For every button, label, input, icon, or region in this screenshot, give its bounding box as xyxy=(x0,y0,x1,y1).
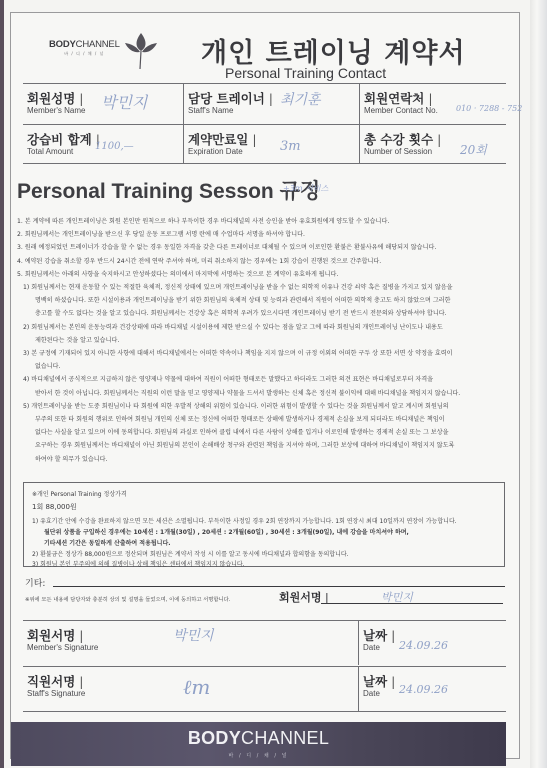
rule-subitem-continued: 명백히 하셨습니다. 또한 시설이용과 개인트레이닝을 받기 위한 회원님의 육… xyxy=(17,294,507,307)
rule-item: 3. 원래 예정되었던 트레이너가 강습을 할 수 없는 경우 동일한 자격을 … xyxy=(17,241,507,254)
rule-item: 1. 본 계약에 따른 개인트레이닝은 회원 본인만 원칙으로 하나 부득이한 … xyxy=(17,215,507,228)
staff-name-label-en: Staff's Name xyxy=(188,106,233,115)
sessions-value: 20회 xyxy=(460,141,487,158)
rule-item: 4. 예약된 강습을 취소할 경우 반드시 24시간 전에 연락 주셔야 하며,… xyxy=(17,255,507,268)
rule-subitem-continued: 부주의 또한 타 회원의 행위로 인하여 회원님 개인의 신체 또는 정신에 어… xyxy=(17,413,507,426)
rules-title-en: Personal Training Sesson xyxy=(17,180,280,203)
member-date-label: 날짜 xyxy=(363,626,395,644)
footer-logo-bold: BODY xyxy=(188,728,241,748)
contact-label-en: Member Contact No. xyxy=(364,106,438,115)
staff-signature-value: ℓm xyxy=(183,675,210,700)
info-row-2: 강습비 합계 Total Amount 1100,— 계약만료일 Expirat… xyxy=(23,124,506,164)
logo-text: BODYCHANNEL xyxy=(49,39,120,50)
total-amount-label-en: Total Amount xyxy=(27,147,73,156)
rule-subitem: 3) 본 규정에 기재되어 있지 아니한 사항에 대해서 바디채널에서는 어떠한… xyxy=(17,347,507,360)
rule-subitem-continued: 제한된다는 것을 알고 있습니다. xyxy=(17,334,507,347)
total-amount-value: 1100,— xyxy=(95,141,134,152)
price-note: 기타세션 기간은 동일하게 산출하여 적용됩니다. xyxy=(44,538,171,547)
staff-date-label: 날짜 xyxy=(363,672,395,690)
member-date-cell[interactable]: 날짜 Date 24.09.26 xyxy=(359,621,506,665)
brand-logo: BODYCHANNEL 바 / 디 / 채 / 널 xyxy=(49,39,120,57)
rules-list: 1. 본 계약에 따른 개인트레이닝은 회원 본인만 원칙으로 하나 부득이한 … xyxy=(17,215,507,466)
total-amount-label: 강습비 합계 xyxy=(27,130,100,148)
price-note: 3) 회원님 본인 부주의에 의해 질병이나 상해 책임은 센터에서 책임지지 … xyxy=(32,559,245,568)
rule-subitem-continued: 없습니다. xyxy=(17,360,507,373)
contact-value: 010 · 7288 - 752 xyxy=(456,104,522,113)
staff-signature-label: 직원서명 xyxy=(27,672,84,690)
member-date-value: 24.09.26 xyxy=(399,639,448,652)
rule-subitem: 5) 개인트레이닝을 받는 도중 회원님이나 타 회원에 의한 우발적 상해의 … xyxy=(17,400,507,413)
contact-label: 회원연락처 xyxy=(364,89,433,107)
member-signature-cell[interactable]: 회원서명 Member's Signature 박민지 xyxy=(23,621,359,665)
staff-signature-row: 직원서명 Staff's Signature ℓm 날짜 Date 24.09.… xyxy=(23,666,506,712)
footer-logo: BODYCHANNEL xyxy=(11,728,506,749)
staff-signature-label-en: Staff's Signature xyxy=(27,689,85,698)
logo-sub: 바 / 디 / 채 / 널 xyxy=(49,51,120,57)
expiration-label-en: Expiration Date xyxy=(188,147,243,156)
etc-input-line[interactable] xyxy=(53,586,505,587)
rule-subitem: 2) 회원님께서는 본인의 운동능력과 건강상태에 따라 바디채널 시설이용에 … xyxy=(17,321,507,334)
handwritten-note: +3m 서비스 xyxy=(283,183,328,194)
member-signature-label: 회원서명 xyxy=(27,626,84,644)
logo-light: CHANNEL xyxy=(76,39,120,50)
price-per-session: 1회 88,000원 xyxy=(32,502,77,512)
agreement-sign-value: 박민지 xyxy=(381,589,413,605)
staff-name-cell[interactable]: 담당 트레이너 Staff's Name 최기훈 xyxy=(183,84,360,124)
sessions-cell[interactable]: 총 수강 횟수 Number of Session 20회 xyxy=(359,125,507,163)
leaf-logo-icon xyxy=(123,31,159,71)
contact-cell[interactable]: 회원연락처 Member Contact No. 010 · 7288 - 75… xyxy=(359,84,507,124)
member-name-value: 박민지 xyxy=(101,90,147,113)
price-note: 2) 환불금은 정상가 88,000원으로 정산되며 회원님은 계약서 작성 시… xyxy=(32,549,349,558)
price-note: 1) 유효기간 안에 수강을 완료하지 않으면 모든 세션은 소멸됩니다. 부득… xyxy=(32,516,457,525)
rule-subitem-continued: 받아서 한 것이 아닙니다. 회원님께서는 직원의 이런 말을 믿고 영양제나 … xyxy=(17,387,507,400)
logo-bold: BODY xyxy=(49,39,76,50)
member-signature-row: 회원서명 Member's Signature 박민지 날짜 Date 24.0… xyxy=(23,620,506,665)
member-date-label-en: Date xyxy=(363,643,380,652)
rule-subitem-continued: 충고를 할 수도 없다는 것을 알고 있습니다. 회원님께서는 건강상 혹은 의… xyxy=(17,307,507,320)
staff-name-value: 최기훈 xyxy=(280,89,321,109)
paper-edge xyxy=(530,0,547,768)
footer-logo-sub: 바 / 디 / 채 / 널 xyxy=(11,752,506,759)
expiration-label: 계약만료일 xyxy=(188,130,257,148)
agreement-text: ※위에 모든 내용에 담당자와 충분히 상의 및 설명을 들었으며, 이에 동의… xyxy=(25,595,230,603)
expiration-cell[interactable]: 계약만료일 Expiration Date 3m xyxy=(183,125,360,163)
staff-signature-cell[interactable]: 직원서명 Staff's Signature ℓm xyxy=(23,667,359,711)
member-signature-value: 박민지 xyxy=(173,625,214,645)
total-amount-cell[interactable]: 강습비 합계 Total Amount 1100,— xyxy=(23,125,183,163)
sessions-label: 총 수강 횟수 xyxy=(364,130,441,148)
footer-banner: BODYCHANNEL 바 / 디 / 채 / 널 xyxy=(11,722,506,766)
info-row-1: 회원성명 Member's Name 박민지 담당 트레이너 Staff's N… xyxy=(23,83,506,124)
rule-subitem-continued: 없다는 사실을 알고 있으며 이에 동의합니다. 회원님의 과실로 인하여 클럽… xyxy=(17,426,507,439)
price-note: 월단위 상품을 구입하신 경우에는 10세션 : 1개월(30일) , 20세션… xyxy=(44,527,409,536)
staff-date-cell[interactable]: 날짜 Date 24.09.26 xyxy=(359,667,506,711)
rule-item: 2. 회원님께서는 개인트레이닝을 받으신 후 당일 운동 프로그램 서명 란에… xyxy=(17,228,507,241)
footer-logo-light: CHANNEL xyxy=(241,728,329,748)
expiration-value: 3m xyxy=(280,139,301,154)
sessions-label-en: Number of Session xyxy=(364,147,432,156)
contract-frame: BODYCHANNEL 바 / 디 / 채 / 널 개인 트레이닝 계약서 Pe… xyxy=(10,12,520,759)
member-name-label-en: Member's Name xyxy=(27,106,85,115)
price-box: ※개인 Personal Training 정상가격 1회 88,000원 1)… xyxy=(23,482,505,567)
member-name-label: 회원성명 xyxy=(27,89,84,107)
etc-label: 기타: xyxy=(25,576,45,589)
rule-subitem: 1) 회원님께서는 현재 운동할 수 있는 적절한 육체적, 정신적 상태에 있… xyxy=(17,281,507,294)
member-signature-label-en: Member's Signature xyxy=(27,643,98,652)
staff-date-value: 24.09.26 xyxy=(399,683,448,696)
contract-info-grid: 회원성명 Member's Name 박민지 담당 트레이너 Staff's N… xyxy=(23,83,506,164)
rules-title: Personal Training Sesson 규정 xyxy=(17,175,320,205)
rule-item: 5. 회원님께서는 아래의 사항을 숙지하시고 안성하셨다는 의미에서 마지막에… xyxy=(17,268,507,281)
rule-subitem-continued: 요구하는 경우 회원님께서는 바디채널이 아닌 회원님의 본인이 손해배상 청구… xyxy=(17,439,507,452)
rule-subitem-continued: 하여야 할 의무가 있습니다. xyxy=(17,453,507,466)
staff-date-label-en: Date xyxy=(363,689,380,698)
header: BODYCHANNEL 바 / 디 / 채 / 널 개인 트레이닝 계약서 Pe… xyxy=(11,13,519,83)
staff-name-label: 담당 트레이너 xyxy=(188,89,273,107)
title-english: Personal Training Contact xyxy=(225,65,386,81)
price-heading: ※개인 Personal Training 정상가격 xyxy=(32,489,127,498)
rule-subitem: 4) 바디채널에서 공식적으로 지급하지 않은 영양제나 약물에 대하여 직원이… xyxy=(17,373,507,386)
member-name-cell[interactable]: 회원성명 Member's Name 박민지 xyxy=(23,84,183,124)
